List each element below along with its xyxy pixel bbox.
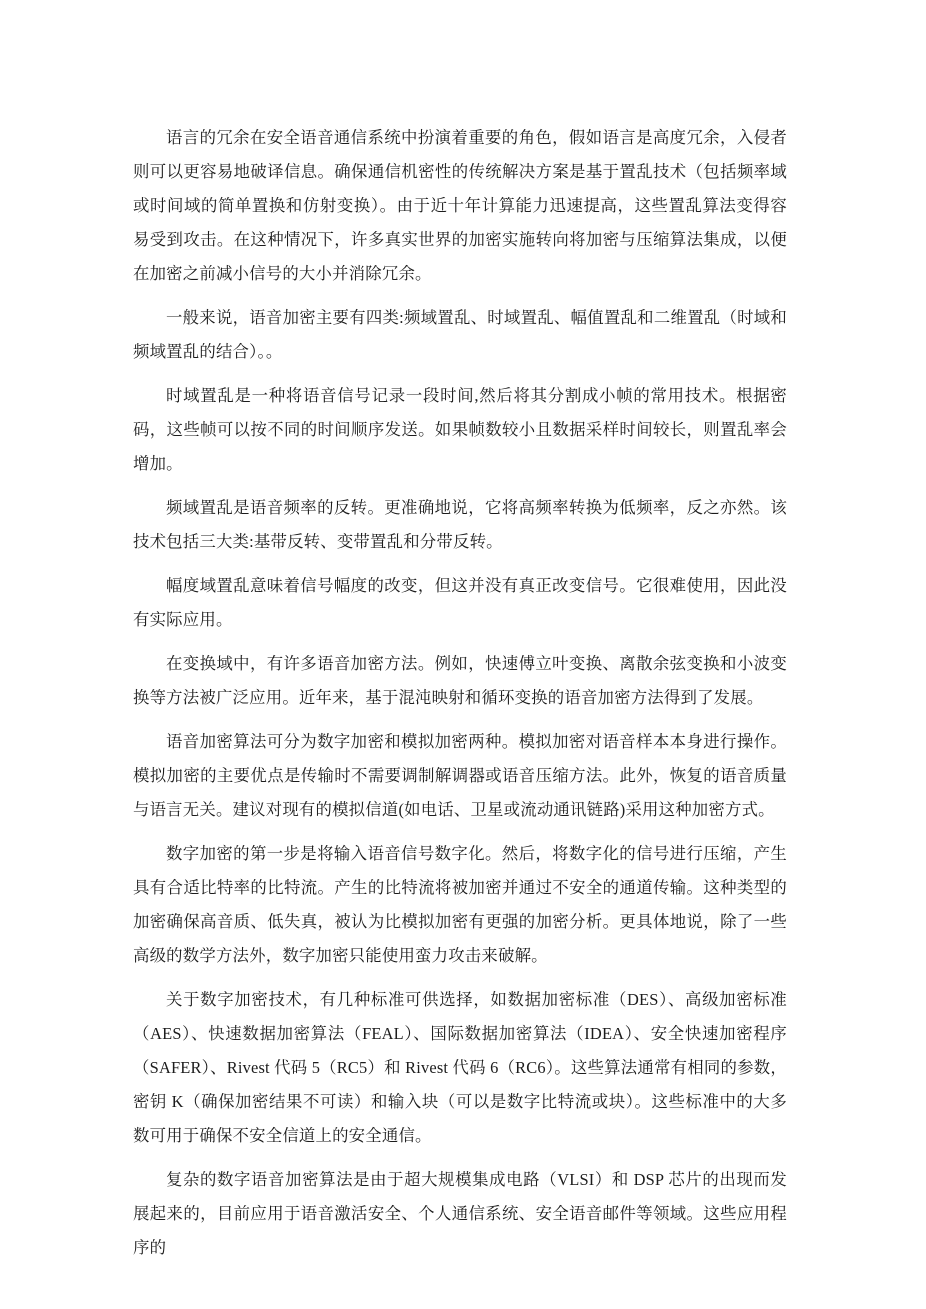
document-page: 语言的冗余在安全语音通信系统中扮演着重要的角色，假如语言是高度冗余，入侵者则可以…: [0, 0, 926, 1309]
paragraph-amplitude-domain-scrambling: 幅度域置乱意味着信号幅度的改变，但这并没有真正改变信号。它很难使用，因此没有实际…: [133, 569, 787, 637]
paragraph-four-scrambling-types: 一般来说，语音加密主要有四类:频域置乱、时域置乱、幅值置乱和二维置乱（时域和频域…: [133, 301, 787, 369]
paragraph-transform-domain-methods: 在变换域中，有许多语音加密方法。例如，快速傅立叶变换、离散余弦变换和小波变换等方…: [133, 647, 787, 715]
paragraph-speech-redundancy: 语言的冗余在安全语音通信系统中扮演着重要的角色，假如语言是高度冗余，入侵者则可以…: [133, 121, 787, 291]
paragraph-digital-encryption-steps: 数字加密的第一步是将输入语音信号数字化。然后，将数字化的信号进行压缩，产生具有合…: [133, 837, 787, 973]
paragraph-time-domain-scrambling: 时域置乱是一种将语音信号记录一段时间,然后将其分割成小帧的常用技术。根据密码，这…: [133, 379, 787, 481]
paragraph-vlsi-dsp-applications: 复杂的数字语音加密算法是由于超大规模集成电路（VLSI）和 DSP 芯片的出现而…: [133, 1163, 787, 1265]
document-body: 语言的冗余在安全语音通信系统中扮演着重要的角色，假如语言是高度冗余，入侵者则可以…: [133, 121, 787, 1265]
paragraph-digital-vs-analog: 语音加密算法可分为数字加密和模拟加密两种。模拟加密对语音样本本身进行操作。模拟加…: [133, 725, 787, 827]
paragraph-encryption-standards: 关于数字加密技术，有几种标准可供选择，如数据加密标准（DES）、高级加密标准（A…: [133, 983, 787, 1153]
paragraph-frequency-domain-scrambling: 频域置乱是语音频率的反转。更准确地说，它将高频率转换为低频率，反之亦然。该技术包…: [133, 491, 787, 559]
